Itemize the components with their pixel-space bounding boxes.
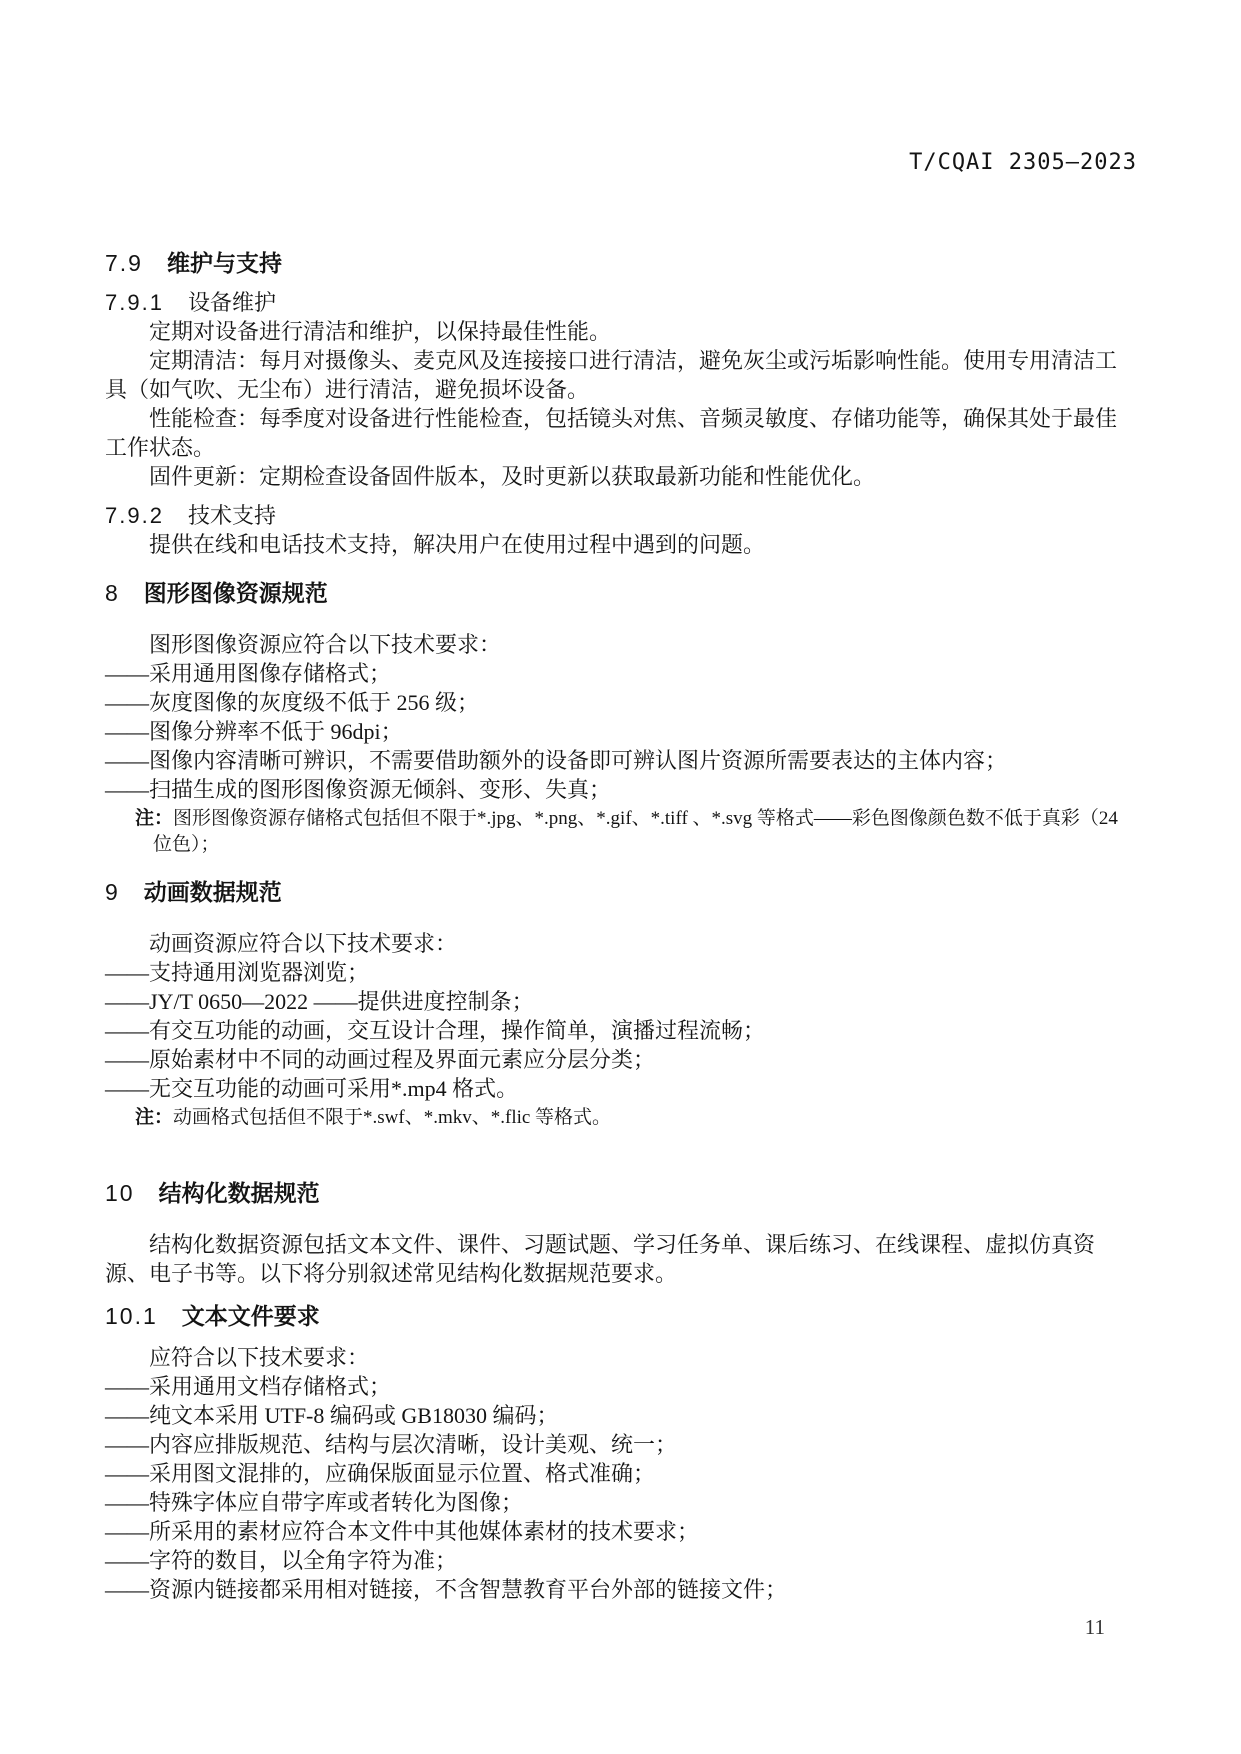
document-code-header: T/CQAI 2305—2023: [105, 148, 1137, 177]
dash-item: ——灰度图像的灰度级不低于 256 级；: [105, 688, 1137, 717]
paragraph: 性能检查：每季度对设备进行性能检查，包括镜头对焦、音频灵敏度、存储功能等，确保其…: [105, 404, 1137, 462]
clause-heading-7-9: 7.9维护与支持: [105, 249, 1137, 278]
clause-title: 技术支持: [188, 503, 276, 528]
paragraph: 动画资源应符合以下技术要求：: [105, 929, 1137, 958]
dash-item: ——特殊字体应自带字库或者转化为图像；: [105, 1488, 1137, 1517]
paragraph: 图形图像资源应符合以下技术要求：: [105, 630, 1137, 659]
dash-item: ——纯文本采用 UTF-8 编码或 GB18030 编码；: [105, 1401, 1137, 1430]
dash-item: ——图像分辨率不低于 96dpi；: [105, 717, 1137, 746]
clause-title: 结构化数据规范: [159, 1180, 320, 1206]
dash-item: ——JY/T 0650—2022 ——提供进度控制条；: [105, 987, 1137, 1016]
dash-item: ——图像内容清晰可辨识，不需要借助额外的设备即可辨认图片资源所需要表达的主体内容…: [105, 746, 1137, 775]
paragraph: 提供在线和电话技术支持，解决用户在使用过程中遇到的问题。: [105, 530, 1137, 559]
clause-title: 文本文件要求: [182, 1303, 320, 1329]
dash-item: ——字符的数目，以全角字符为准；: [105, 1546, 1137, 1575]
clause-heading-10: 10结构化数据规范: [105, 1179, 1137, 1208]
clause-number: 7.9.2: [105, 503, 164, 528]
dash-item: ——原始素材中不同的动画过程及界面元素应分层分类；: [105, 1045, 1137, 1074]
dash-item: ——采用图文混排的，应确保版面显示位置、格式准确；: [105, 1459, 1137, 1488]
note-label: 注：: [135, 1107, 173, 1128]
clause-number: 7.9.1: [105, 290, 164, 315]
clause-number: 9: [105, 879, 120, 905]
subclause-heading-7-9-2: 7.9.2技术支持: [105, 501, 1137, 530]
clause-number: 10.1: [105, 1303, 158, 1329]
clause-title: 维护与支持: [167, 250, 282, 276]
subclause-heading-7-9-1: 7.9.1设备维护: [105, 288, 1137, 317]
note-text: 图形图像资源存储格式包括但不限于*.jpg、*.png、*.gif、*.tiff…: [153, 808, 1118, 855]
document-page: T/CQAI 2305—2023 7.9维护与支持 7.9.1设备维护 定期对设…: [0, 0, 1241, 1754]
clause-number: 7.9: [105, 250, 143, 276]
dash-item: ——有交互功能的动画，交互设计合理，操作简单，演播过程流畅；: [105, 1016, 1137, 1045]
dash-item: ——无交互功能的动画可采用*.mp4 格式。: [105, 1074, 1137, 1103]
dash-item: ——内容应排版规范、结构与层次清晰，设计美观、统一；: [105, 1430, 1137, 1459]
clause-title: 动画数据规范: [144, 879, 282, 905]
note: 注：动画格式包括但不限于*.swf、*.mkv、*.flic 等格式。: [135, 1105, 1137, 1131]
clause-title: 图形图像资源规范: [144, 580, 328, 606]
dash-item: ——所采用的素材应符合本文件中其他媒体素材的技术要求；: [105, 1517, 1137, 1546]
subclause-heading-10-1: 10.1文本文件要求: [105, 1302, 1137, 1331]
dash-item: ——扫描生成的图形图像资源无倾斜、变形、失真；: [105, 775, 1137, 804]
paragraph: 结构化数据资源包括文本文件、课件、习题试题、学习任务单、课后练习、在线课程、虚拟…: [105, 1230, 1137, 1288]
paragraph: 定期对设备进行清洁和维护，以保持最佳性能。: [105, 317, 1137, 346]
paragraph: 应符合以下技术要求：: [105, 1343, 1137, 1372]
dash-item: ——支持通用浏览器浏览；: [105, 958, 1137, 987]
dash-item: ——采用通用图像存储格式；: [105, 659, 1137, 688]
paragraph: 定期清洁：每月对摄像头、麦克风及连接接口进行清洁，避免灰尘或污垢影响性能。使用专…: [105, 346, 1137, 404]
clause-title: 设备维护: [188, 290, 276, 315]
dash-item: ——资源内链接都采用相对链接，不含智慧教育平台外部的链接文件；: [105, 1575, 1137, 1604]
paragraph: 固件更新：定期检查设备固件版本，及时更新以获取最新功能和性能优化。: [105, 462, 1137, 491]
note: 注：图形图像资源存储格式包括但不限于*.jpg、*.png、*.gif、*.ti…: [135, 806, 1137, 858]
clause-heading-8: 8图形图像资源规范: [105, 579, 1137, 608]
dash-item: ——采用通用文档存储格式；: [105, 1372, 1137, 1401]
clause-heading-9: 9动画数据规范: [105, 878, 1137, 907]
note-text: 动画格式包括但不限于*.swf、*.mkv、*.flic 等格式。: [173, 1107, 611, 1128]
page-number: 11: [1085, 1613, 1105, 1642]
clause-number: 10: [105, 1180, 135, 1206]
note-label: 注：: [135, 808, 173, 829]
clause-number: 8: [105, 580, 120, 606]
